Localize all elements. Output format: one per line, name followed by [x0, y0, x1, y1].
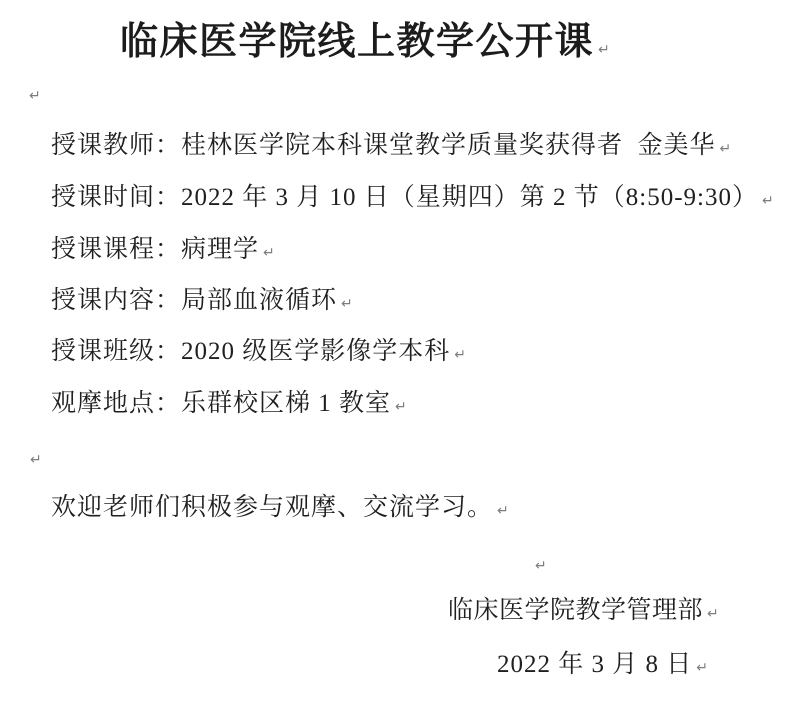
paragraph-mark-icon: ↵ — [535, 558, 547, 574]
paragraph-mark-icon: ↵ — [707, 606, 719, 622]
line-content: 授课内容：局部血液循环↵ — [51, 288, 353, 317]
document-title: 临床医学院线上教学公开课↵ — [120, 21, 610, 70]
paragraph-mark-icon: ↵ — [762, 193, 774, 209]
paragraph-mark-icon: ↵ — [341, 296, 353, 312]
line-date-text: 2022 年 3 月 8 日 — [497, 651, 692, 678]
line-course: 授课课程：病理学↵ — [51, 237, 275, 266]
line-course-text: 授课课程：病理学 — [51, 236, 259, 263]
line-date: 2022 年 3 月 8 日↵ — [497, 652, 708, 681]
line-location-text: 观摩地点：乐群校区梯 1 教室 — [51, 390, 391, 417]
line-time: 授课时间：2022 年 3 月 10 日（星期四）第 2 节（8:50-9:30… — [51, 185, 774, 214]
paragraph-mark-icon: ↵ — [263, 245, 275, 261]
document-page: 临床医学院线上教学公开课↵ ↵ 授课教师：桂林医学院本科课堂教学质量奖获得者 金… — [0, 0, 787, 704]
line-closing: 欢迎老师们积极参与观摩、交流学习。↵ — [51, 495, 509, 524]
document-title-text: 临床医学院线上教学公开课 — [120, 19, 594, 63]
paragraph-mark-icon: ↵ — [497, 503, 509, 519]
line-time-text: 授课时间：2022 年 3 月 10 日（星期四）第 2 节（8:50-9:30… — [51, 184, 758, 211]
paragraph-mark-icon: ↵ — [598, 42, 610, 58]
line-class: 授课班级：2020 级医学影像学本科↵ — [51, 339, 466, 368]
line-class-text: 授课班级：2020 级医学影像学本科 — [51, 338, 450, 365]
line-signature: 临床医学院教学管理部↵ — [448, 598, 719, 627]
line-teacher-text: 授课教师：桂林医学院本科课堂教学质量奖获得者 金美华 — [51, 132, 716, 159]
paragraph-mark-icon: ↵ — [720, 141, 732, 157]
line-content-text: 授课内容：局部血液循环 — [51, 287, 337, 314]
paragraph-mark-icon: ↵ — [30, 452, 42, 468]
line-teacher: 授课教师：桂林医学院本科课堂教学质量奖获得者 金美华↵ — [51, 133, 731, 162]
line-signature-text: 临床医学院教学管理部 — [448, 597, 703, 624]
line-closing-text: 欢迎老师们积极参与观摩、交流学习。 — [51, 494, 493, 521]
paragraph-mark-icon: ↵ — [395, 399, 407, 415]
paragraph-mark-icon: ↵ — [29, 88, 41, 104]
paragraph-mark-icon: ↵ — [454, 347, 466, 363]
paragraph-mark-icon: ↵ — [696, 660, 708, 676]
line-location: 观摩地点：乐群校区梯 1 教室↵ — [51, 391, 407, 420]
